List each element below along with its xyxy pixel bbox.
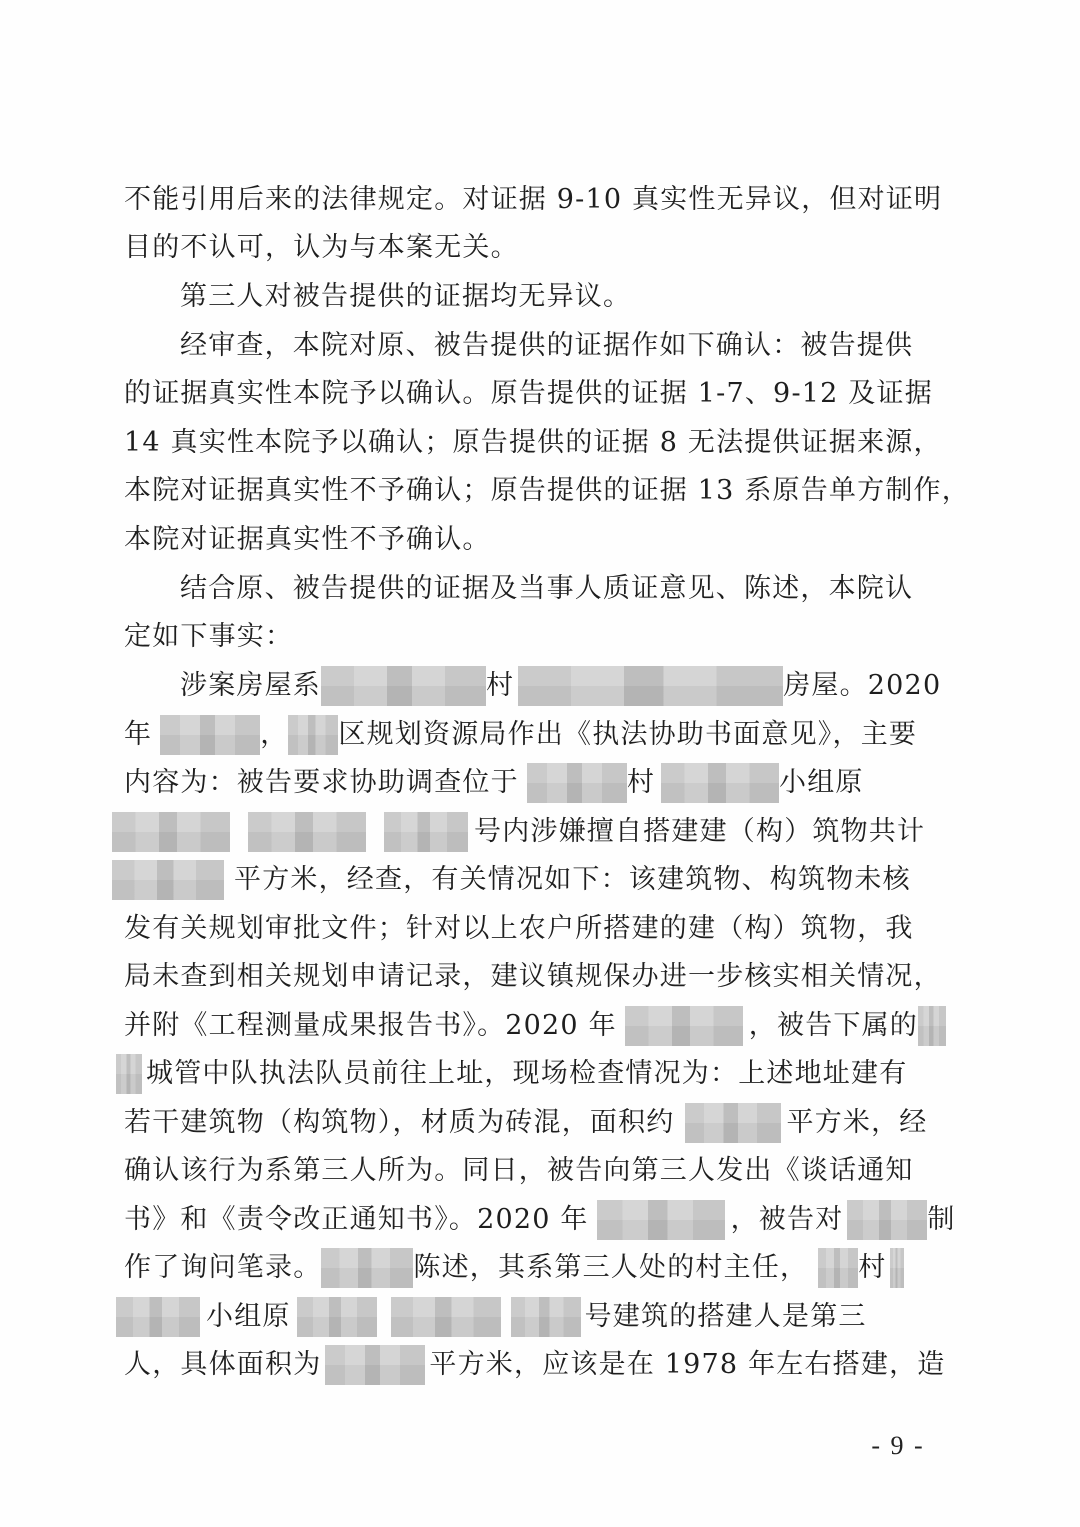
redaction-block	[116, 1297, 200, 1337]
redaction-block	[890, 1248, 904, 1288]
text-segment: 涉案房屋系	[180, 666, 321, 706]
redaction-block	[116, 1054, 142, 1094]
text-line: 并附《工程测量成果报告书》。2020 年，被告下属的	[124, 1006, 954, 1046]
text-line: 作了询问笔录。陈述，其系第三人处的村主任，村	[124, 1248, 954, 1288]
text-segment: 若干建筑物（构筑物），材质为砖混，面积约	[124, 1103, 675, 1143]
page-number: - 9 -	[858, 1428, 938, 1464]
text-line: 本院对证据真实性不予确认。	[124, 520, 954, 560]
text-segment: 房屋。2020	[783, 666, 941, 706]
text-line: 局未查到相关规划申请记录，建议镇规保办进一步核实相关情况，	[124, 957, 954, 997]
text-line: 第三人对被告提供的证据均无异议。	[180, 277, 954, 317]
text-segment: 村	[486, 666, 514, 706]
text-line: 结合原、被告提供的证据及当事人质证意见、陈述，本院认	[180, 569, 954, 609]
text-line: 小组原号建筑的搭建人是第三	[116, 1297, 946, 1337]
text-line: 若干建筑物（构筑物），材质为砖混，面积约平方米，经	[124, 1103, 954, 1143]
text-line: 书》和《责令改正通知书》。2020 年，被告对制	[124, 1200, 954, 1240]
text-segment: 并附《工程测量成果报告书》。2020 年	[124, 1006, 617, 1046]
text-segment: 制	[927, 1200, 955, 1240]
redaction-block	[918, 1006, 946, 1046]
text-line: 人，具体面积为平方米，应该是在 1978 年左右搭建，造	[124, 1345, 954, 1385]
redaction-block	[321, 1248, 413, 1288]
redaction-block	[160, 715, 260, 755]
redaction-block	[325, 1345, 425, 1385]
text-segment: ，	[260, 715, 288, 755]
text-line: 的证据真实性本院予以确认。原告提供的证据 1-7、9-12 及证据	[124, 374, 954, 414]
text-line: 城管中队执法队员前往上址，现场检查情况为：上述地址建有	[116, 1054, 946, 1094]
text-segment: 小组原	[206, 1297, 291, 1337]
redaction-block	[321, 666, 486, 706]
redaction-block	[847, 1200, 927, 1240]
text-line: 不能引用后来的法律规定。对证据 9-10 真实性无异议，但对证明	[124, 180, 954, 220]
text-line: 定如下事实：	[124, 617, 954, 657]
text-segment: ，被告下属的	[749, 1006, 918, 1046]
redaction-block	[685, 1103, 781, 1143]
text-segment: 区规划资源局作出《执法协助书面意见》，主要	[338, 715, 917, 755]
text-line: 号内涉嫌擅自搭建建（构）筑物共计	[112, 812, 942, 852]
text-segment: 陈述，其系第三人处的村主任，	[413, 1248, 808, 1288]
text-segment: ，被告对	[731, 1200, 844, 1240]
text-segment: 号建筑的搭建人是第三	[585, 1297, 867, 1337]
redaction-block	[511, 1297, 581, 1337]
text-segment: 平方米，经查，有关情况如下：该建筑物、构筑物未核	[234, 860, 911, 900]
text-line: 本院对证据真实性不予确认；原告提供的证据 13 系原告单方制作，	[124, 471, 954, 511]
redaction-block	[297, 1297, 377, 1337]
redaction-block	[248, 812, 366, 852]
redaction-block	[625, 1006, 743, 1046]
redaction-block	[818, 1248, 858, 1288]
text-line: 14 真实性本院予以确认；原告提供的证据 8 无法提供证据来源，	[124, 423, 954, 463]
redaction-block	[112, 860, 224, 900]
text-line: 内容为：被告要求协助调查位于村小组原	[124, 763, 954, 803]
text-line: 涉案房屋系村房屋。2020	[180, 666, 954, 706]
text-segment: 村	[627, 763, 655, 803]
text-segment: 内容为：被告要求协助调查位于	[124, 763, 519, 803]
text-segment: 村	[858, 1248, 886, 1288]
text-line: 平方米，经查，有关情况如下：该建筑物、构筑物未核	[112, 860, 942, 900]
text-segment: 书》和《责令改正通知书》。2020 年	[124, 1200, 589, 1240]
text-line: 经审查，本院对原、被告提供的证据作如下确认：被告提供	[180, 326, 954, 366]
redaction-block	[527, 763, 627, 803]
text-segment: 平方米，应该是在 1978 年左右搭建，造	[429, 1345, 945, 1385]
text-segment: 作了询问笔录。	[124, 1248, 321, 1288]
redaction-block	[112, 812, 230, 852]
redaction-block	[384, 812, 468, 852]
document-page: 不能引用后来的法律规定。对证据 9-10 真实性无异议，但对证明 目的不认可，认…	[0, 0, 1080, 1527]
text-line: 目的不认可，认为与本案无关。	[124, 228, 954, 268]
text-segment: 城管中队执法队员前往上址，现场检查情况为：上述地址建有	[146, 1054, 907, 1094]
redaction-block	[391, 1297, 501, 1337]
redaction-block	[518, 666, 783, 706]
text-segment: 小组原	[779, 763, 864, 803]
redaction-block	[288, 715, 338, 755]
text-line: 确认该行为系第三人所为。同日，被告向第三人发出《谈话通知	[124, 1151, 954, 1191]
redaction-block	[661, 763, 779, 803]
text-segment: 人，具体面积为	[124, 1345, 321, 1385]
redaction-block	[597, 1200, 725, 1240]
text-line: 年，区规划资源局作出《执法协助书面意见》，主要	[124, 715, 954, 755]
text-segment: 号内涉嫌擅自搭建建（构）筑物共计	[474, 812, 925, 852]
text-segment: 平方米，经	[787, 1103, 928, 1143]
text-segment: 年	[124, 715, 152, 755]
text-line: 发有关规划审批文件；针对以上农户所搭建的建（构）筑物，我	[124, 909, 954, 949]
